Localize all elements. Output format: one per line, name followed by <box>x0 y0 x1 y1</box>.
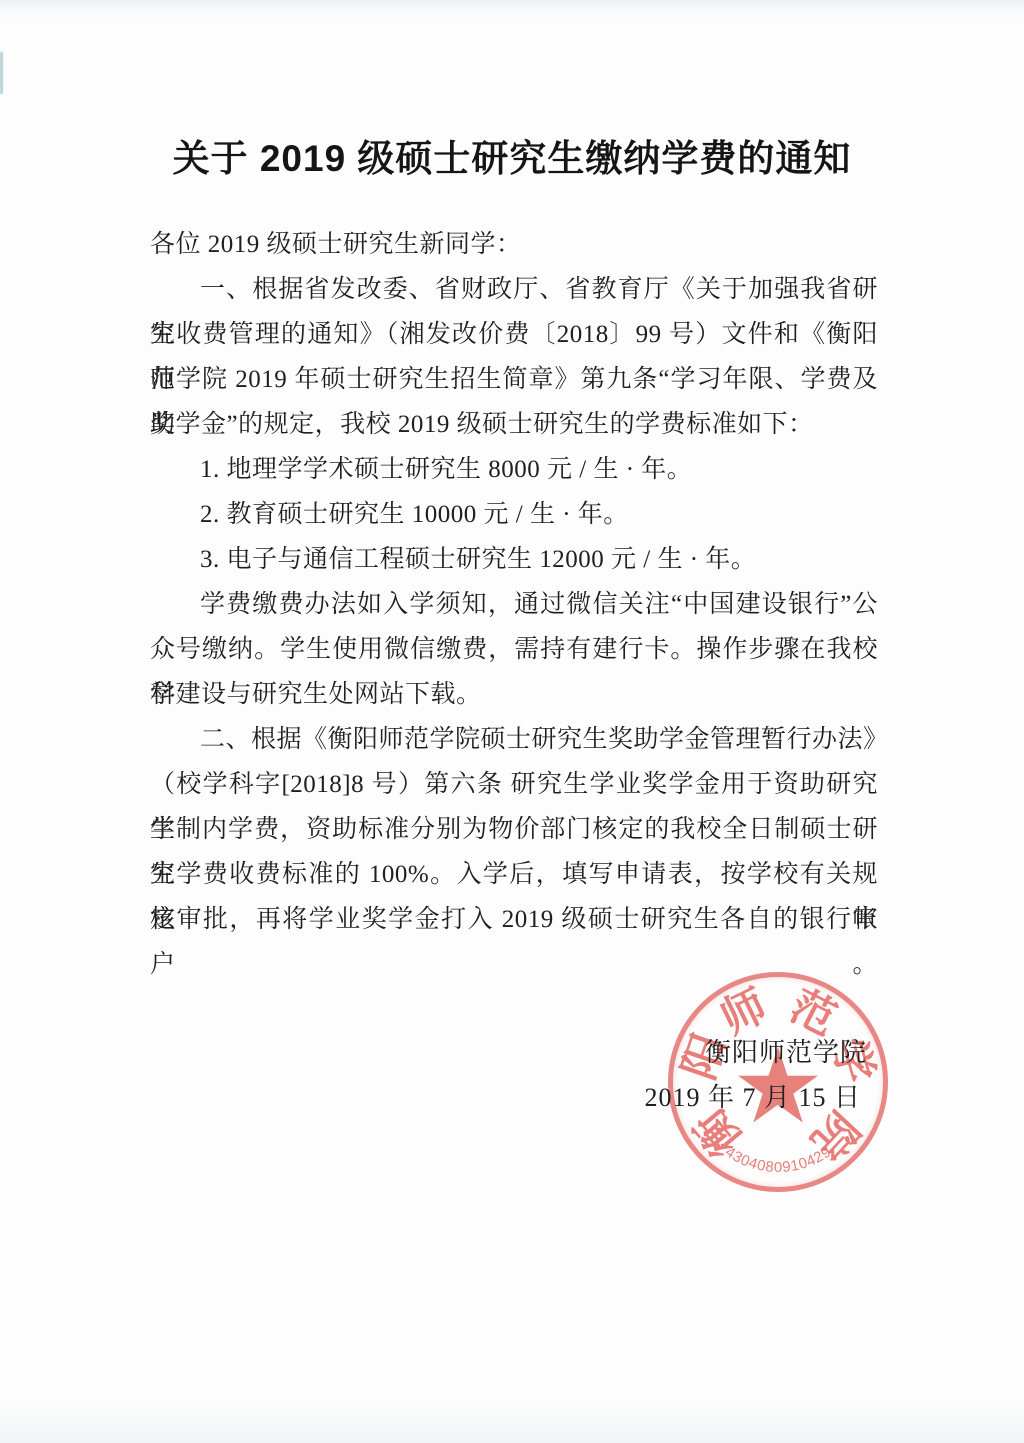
body-line: 助学金”的规定，我校 2019 级硕士研究生的学费标准如下： <box>150 402 878 447</box>
document-title: 关于 2019 级硕士研究生缴纳学费的通知 <box>0 128 1024 182</box>
list-item: 1. 地理学学术硕士研究生 8000 元 / 生 · 年。 <box>150 447 878 492</box>
scan-artifact <box>0 52 3 94</box>
salutation-line: 各位 2019 级硕士研究生新同学： <box>150 222 878 267</box>
body-line: 核审批，再将学业奖学金打入 2019 级硕士研究生各自的银行帐户。 <box>150 897 878 942</box>
signature-organization: 衡阳师范学院 <box>705 1032 867 1069</box>
document-page: 关于 2019 级硕士研究生缴纳学费的通知 各位 2019 级硕士研究生新同学：… <box>0 0 1024 1443</box>
body-line: 学费缴费办法如入学须知，通过微信关注“中国建设银行”公 <box>150 582 878 627</box>
body-line: 生收费管理的通知》（湘发改价费〔2018〕99 号）文件和《衡阳师 <box>150 312 878 357</box>
body-line: 一、根据省发改委、省财政厅、省教育厅《关于加强我省研究 <box>150 267 878 312</box>
list-item: 3. 电子与通信工程硕士研究生 12000 元 / 生 · 年。 <box>150 537 878 582</box>
body-line: 范学院 2019 年硕士研究生招生简章》第九条“学习年限、学费及奖 <box>150 357 878 402</box>
body-line: 众号缴纳。学生使用微信缴费，需持有建行卡。操作步骤在我校学 <box>150 627 878 672</box>
signature-date: 2019 年 7 月 15 日 <box>644 1077 861 1114</box>
body-line: 科建设与研究生处网站下载。 <box>150 672 878 717</box>
body-line: 学制内学费，资助标准分别为物价部门核定的我校全日制硕士研究 <box>150 807 878 852</box>
document-body: 各位 2019 级硕士研究生新同学： 一、根据省发改委、省财政厅、省教育厅《关于… <box>150 222 878 942</box>
body-line: （校学科字[2018]8 号）第六条 研究生学业奖学金用于资助研究生 <box>150 762 878 807</box>
body-line: 生学费收费标准的 100%。入学后，填写申请表，按学校有关规定审 <box>150 852 878 897</box>
body-line: 二、根据《衡阳师范学院硕士研究生奖助学金管理暂行办法》 <box>150 717 878 762</box>
list-item: 2. 教育硕士研究生 10000 元 / 生 · 年。 <box>150 492 878 537</box>
